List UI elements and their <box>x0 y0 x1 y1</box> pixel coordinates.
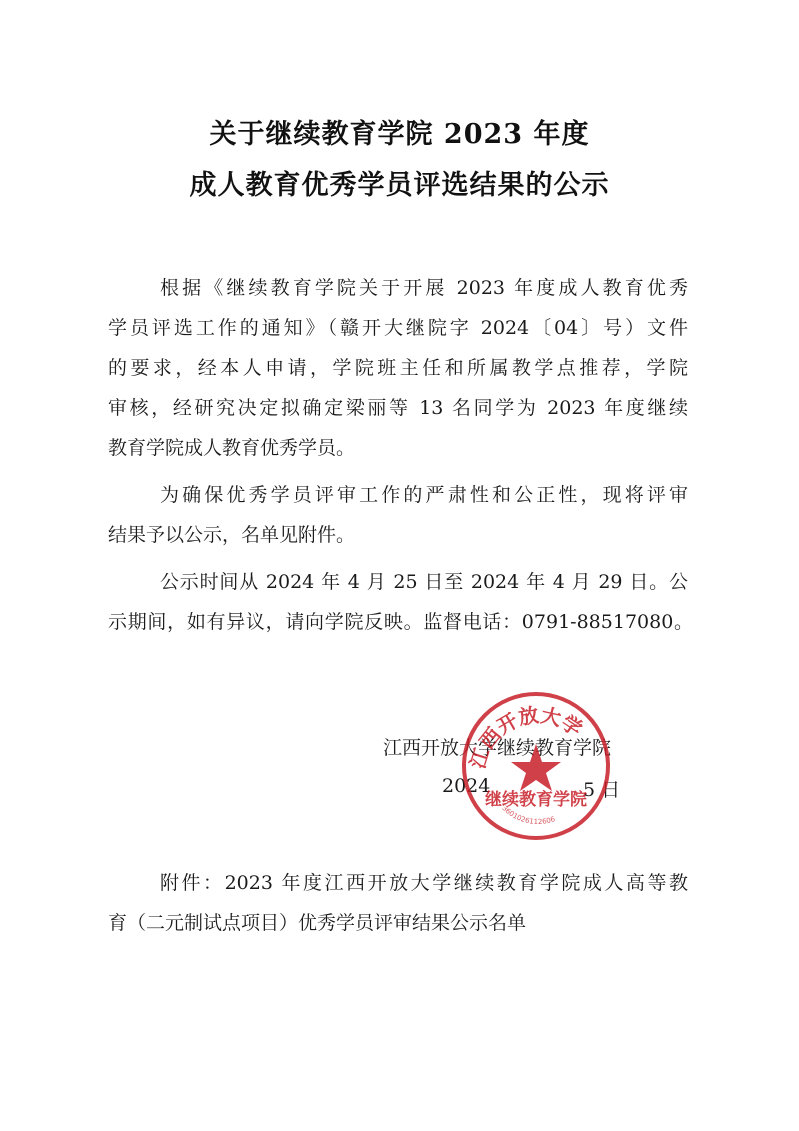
signature-date-start: 2024 <box>442 775 490 797</box>
body-paragraph-2-line-1: 为确保优秀学员评审工作的严肃性和公正性，现将评审 <box>160 480 688 507</box>
body-paragraph-1-line-3: 的要求，经本人申请，学院班主任和所属教学点推荐，学院 <box>108 353 688 380</box>
body-paragraph-1-line-2: 学员评选工作的通知》（赣开大继院字 2024〔04〕号）文件 <box>108 313 688 340</box>
attachment-line-1: 附件：2023 年度江西开放大学继续教育学院成人高等教 <box>160 868 688 895</box>
title-line-2: 成人教育优秀学员评选结果的公示 <box>0 163 799 202</box>
signature-organization: 江西开放大学继续教育学院 <box>383 733 611 760</box>
body-paragraph-1-line-1: 根据《继续教育学院关于开展 2023 年度成人教育优秀 <box>160 273 688 300</box>
attachment-line-2: 育（二元制试点项目）优秀学员评审结果公示名单 <box>108 908 688 935</box>
body-paragraph-1-line-5: 教育学院成人教育优秀学员。 <box>108 433 688 460</box>
svg-text:3601026112606: 3601026112606 <box>500 804 556 826</box>
body-paragraph-3-line-2: 示期间，如有异议，请向学院反映。监督电话：0791-88517080。 <box>108 607 693 634</box>
svg-text:继续教育学院: 继续教育学院 <box>485 789 587 810</box>
document-page: 关于继续教育学院 2023 年度 成人教育优秀学员评选结果的公示 根据《继续教育… <box>0 0 799 1131</box>
signature-date-end: 5 日 <box>583 775 620 802</box>
title-line-1: 关于继续教育学院 2023 年度 <box>0 112 799 151</box>
body-paragraph-2-line-2: 结果予以公示，名单见附件。 <box>108 520 688 547</box>
body-paragraph-1-line-4: 审核，经研究决定拟确定梁丽等 13 名同学为 2023 年度继续 <box>108 393 688 420</box>
body-paragraph-3-line-1: 公示时间从 2024 年 4 月 25 日至 2024 年 4 月 29 日。公 <box>160 567 688 594</box>
official-seal: 江西开放大学 继续教育学院 3601026112606 <box>462 692 610 840</box>
seal-star-icon: 江西开放大学 继续教育学院 3601026112606 <box>462 692 610 840</box>
